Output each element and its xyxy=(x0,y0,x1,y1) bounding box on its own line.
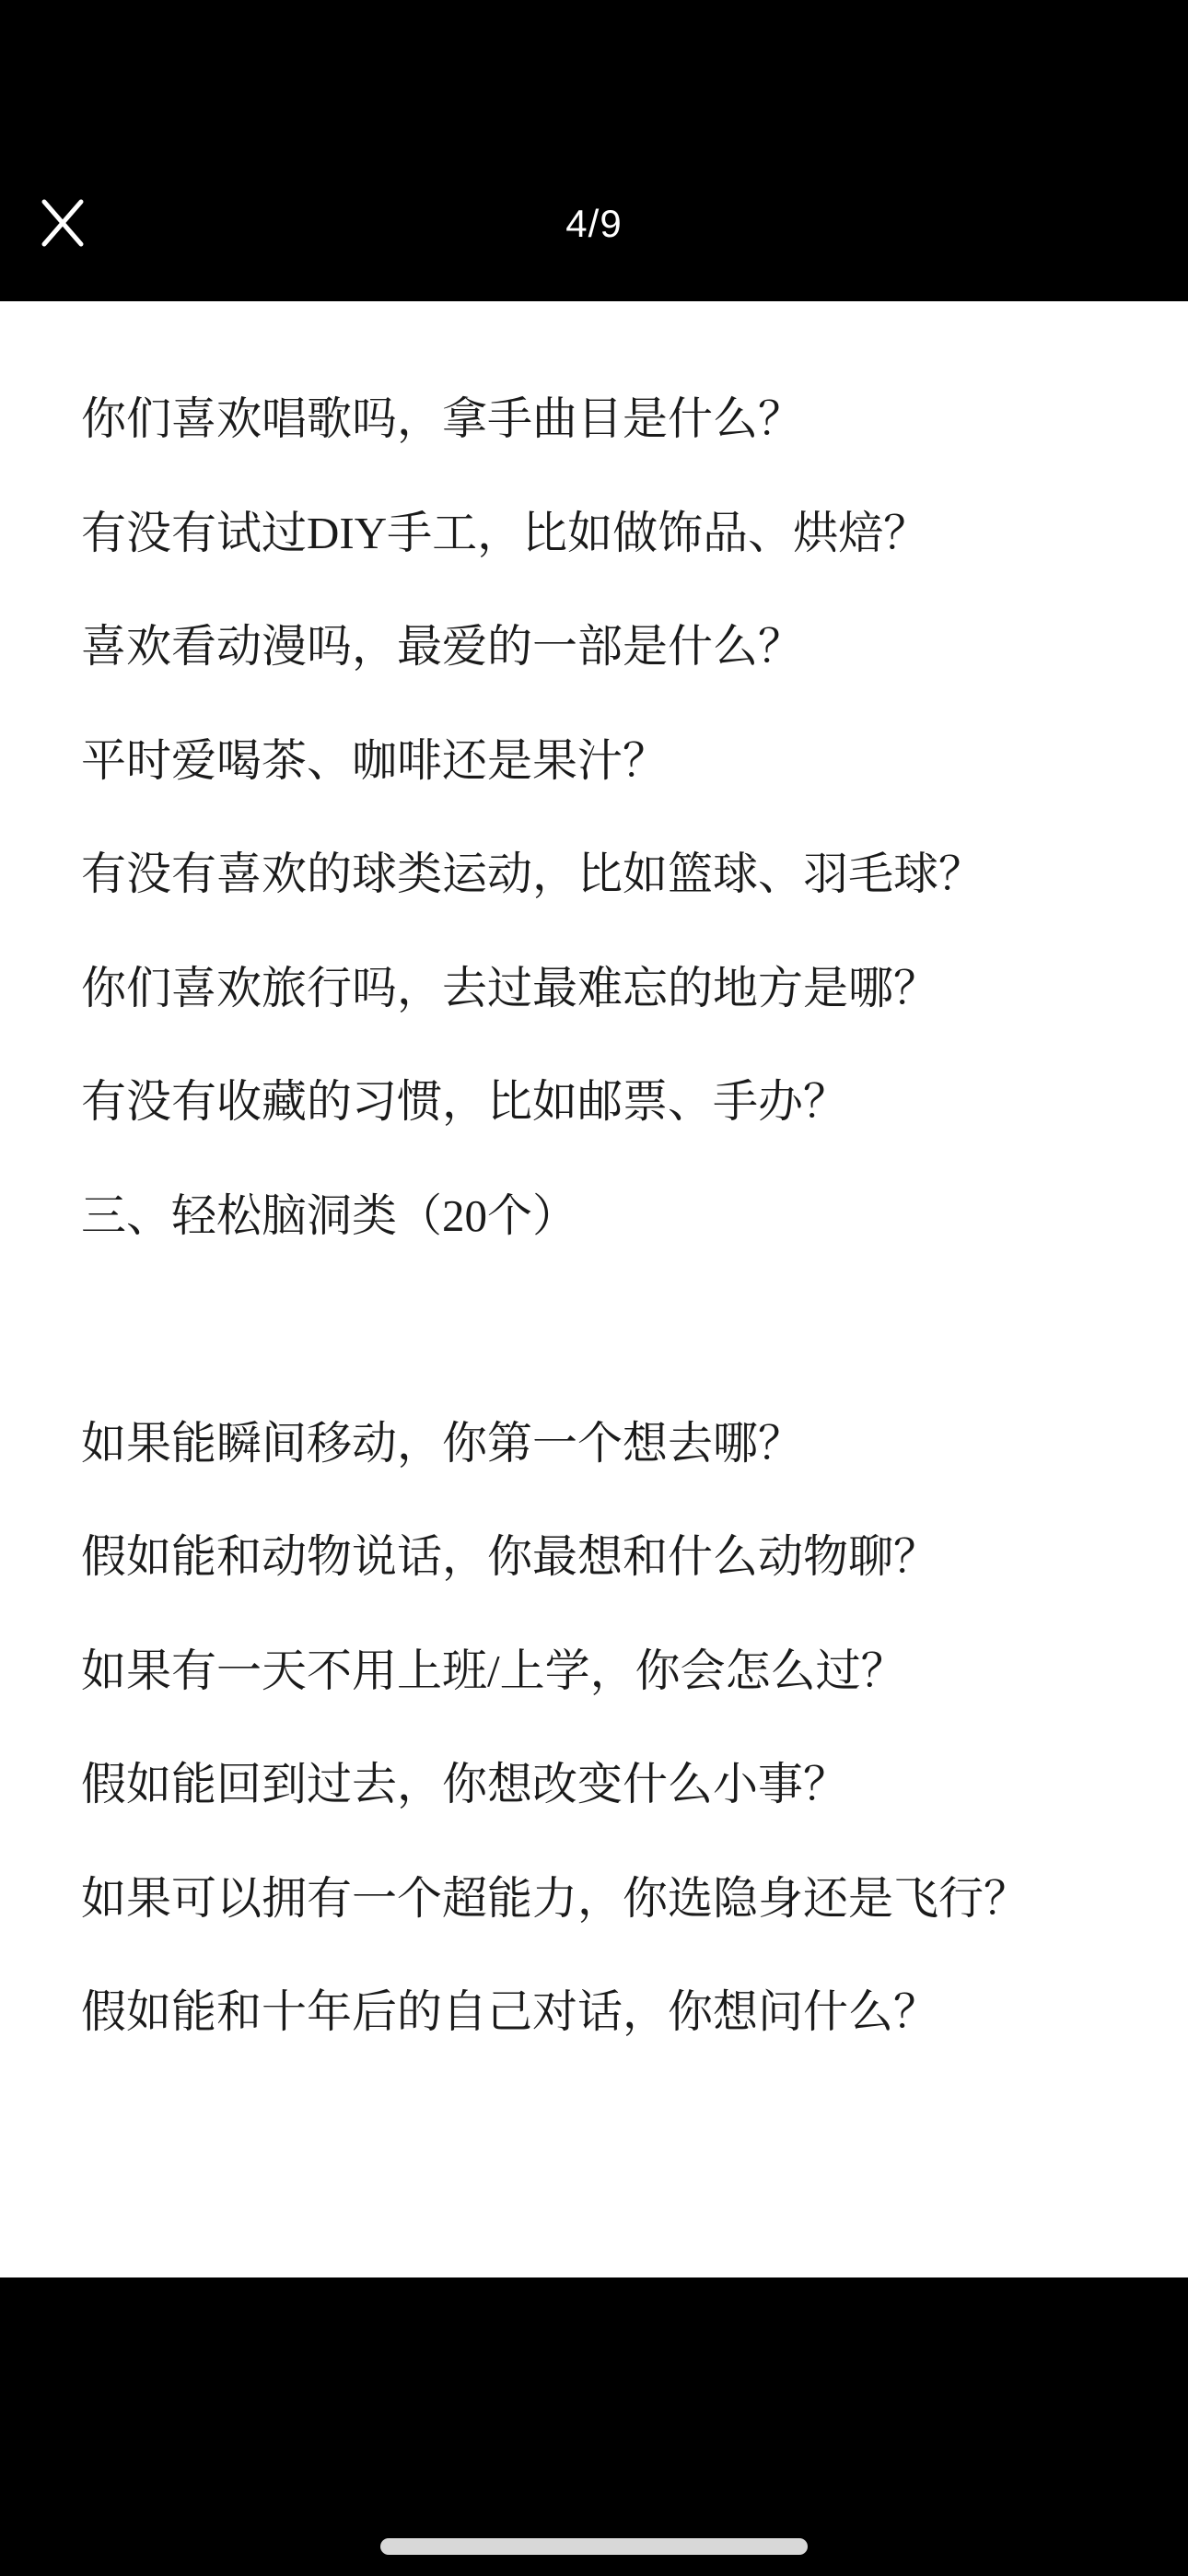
question-line: 你们喜欢唱歌吗，拿手曲目是什么？ xyxy=(81,362,1133,476)
question-line: 假如能和十年后的自己对话，你想问什么？ xyxy=(81,1955,1133,2069)
image-viewer-screen: 4/9 你们喜欢唱歌吗，拿手曲目是什么？有没有试过DIY手工，比如做饰品、烘焙？… xyxy=(0,0,1188,2576)
question-line: 你们喜欢旅行吗，去过最难忘的地方是哪？ xyxy=(81,931,1133,1046)
question-line: 假如能回到过去，你想改变什么小事？ xyxy=(81,1727,1133,1842)
question-line: 有没有试过DIY手工，比如做饰品、烘焙？ xyxy=(81,476,1133,591)
document-text-block: 你们喜欢唱歌吗，拿手曲目是什么？有没有试过DIY手工，比如做饰品、烘焙？喜欢看动… xyxy=(81,301,1133,2069)
question-line: 假如能和动物说话，你最想和什么动物聊？ xyxy=(81,1500,1133,1614)
question-line: 平时爱喝茶、咖啡还是果汁？ xyxy=(81,704,1133,818)
top-bar: 4/9 xyxy=(0,0,1188,301)
question-line: 有没有喜欢的球类运动，比如篮球、羽毛球？ xyxy=(81,817,1133,931)
question-line: 喜欢看动漫吗，最爱的一部是什么？ xyxy=(81,590,1133,704)
blank-line xyxy=(81,1272,1133,1387)
question-line: 如果有一天不用上班/上学，你会怎么过？ xyxy=(81,1614,1133,1728)
bottom-bar xyxy=(0,2277,1188,2576)
question-line: 如果能瞬间移动，你第一个想去哪？ xyxy=(81,1387,1133,1501)
section-heading: 三、轻松脑洞类（20个） xyxy=(81,1159,1133,1273)
question-line: 如果可以拥有一个超能力，你选隐身还是飞行？ xyxy=(81,1842,1133,1956)
document-page[interactable]: 你们喜欢唱歌吗，拿手曲目是什么？有没有试过DIY手工，比如做饰品、烘焙？喜欢看动… xyxy=(0,301,1188,2277)
question-line: 有没有收藏的习惯，比如邮票、手办？ xyxy=(81,1045,1133,1159)
page-indicator: 4/9 xyxy=(0,202,1188,246)
home-indicator[interactable] xyxy=(380,2538,808,2555)
